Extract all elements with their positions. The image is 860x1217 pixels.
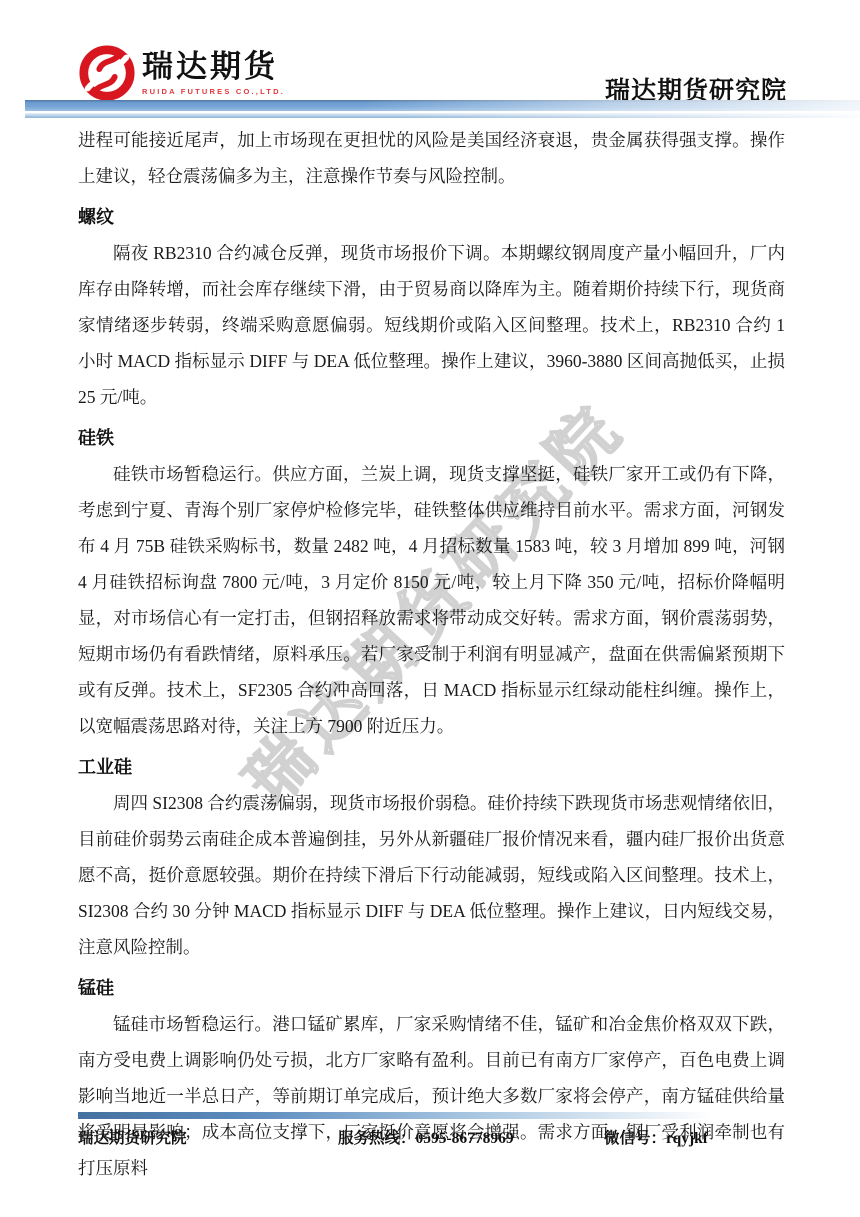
header-divider-bar bbox=[25, 100, 860, 111]
report-body: 进程可能接近尾声，加上市场现在更担忧的风险是美国经济衰退，贵金属获得强支撑。操作… bbox=[78, 122, 785, 1186]
section-paragraph-industrial-silicon: 周四 SI2308 合约震荡偏弱，现货市场报价弱稳。硅价持续下跌现货市场悲观情绪… bbox=[78, 785, 785, 965]
ruida-logo-icon bbox=[78, 44, 136, 102]
section-paragraph-ferrosilicon: 硅铁市场暂稳运行。供应方面，兰炭上调，现货支撑坚挺，硅铁厂家开工或仍有下降，考虑… bbox=[78, 456, 785, 744]
section-heading-industrial-silicon: 工业硅 bbox=[78, 749, 785, 785]
logo-brand-text: 瑞达期货 bbox=[142, 50, 285, 84]
intro-paragraph: 进程可能接近尾声，加上市场现在更担忧的风险是美国经济衰退，贵金属获得强支撑。操作… bbox=[78, 122, 785, 194]
section-paragraph-silicomanganese: 锰硅市场暂稳运行。港口锰矿累库，厂家采购情绪不佳，锰矿和冶金焦价格双双下跌，南方… bbox=[78, 1006, 785, 1186]
company-logo: 瑞达期货 RUIDA FUTURES CO.,LTD. bbox=[78, 44, 285, 102]
logo-subtitle-text: RUIDA FUTURES CO.,LTD. bbox=[142, 87, 285, 96]
section-heading-ferrosilicon: 硅铁 bbox=[78, 420, 785, 456]
section-heading-silicomanganese: 锰硅 bbox=[78, 970, 785, 1006]
report-page: { "header": { "logo_brand": "瑞达期货", "log… bbox=[0, 0, 860, 1217]
section-heading-rebar: 螺纹 bbox=[78, 199, 785, 235]
header-divider-bar-lower bbox=[25, 113, 860, 118]
section-paragraph-rebar: 隔夜 RB2310 合约减仓反弹，现货市场报价下调。本期螺纹钢周度产量小幅回升，… bbox=[78, 235, 785, 415]
